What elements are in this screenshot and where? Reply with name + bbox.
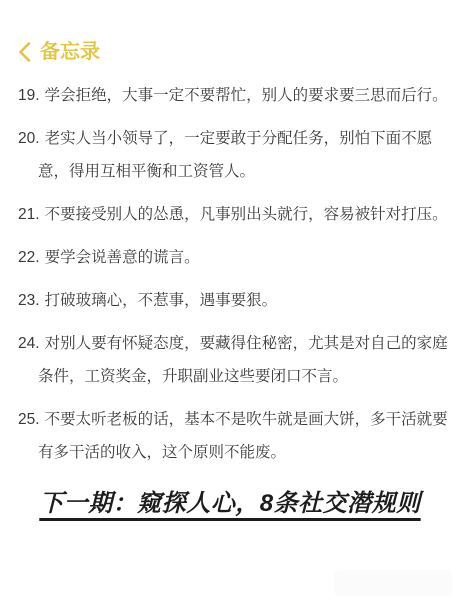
item-number: 24. bbox=[18, 335, 40, 352]
memo-item: 19.学会拒绝，大事一定不要帮忙，别人的要求要三思而后行。 bbox=[18, 79, 452, 112]
item-number: 22. bbox=[18, 249, 40, 266]
memo-item: 21.不要接受别人的怂恿，凡事别出头就行，容易被针对打压。 bbox=[18, 198, 452, 231]
item-text: 不要太听老板的话，基本不是吹牛就是画大饼，多干活就要有多干活的收入，这个原则不能… bbox=[38, 411, 448, 461]
back-button[interactable]: 备忘录 bbox=[18, 40, 100, 64]
item-number: 21. bbox=[18, 206, 40, 223]
next-episode-text: 下一期：窥探人心，8条社交潜规则 bbox=[39, 490, 420, 517]
item-number: 23. bbox=[18, 292, 40, 309]
memo-header: 备忘录 bbox=[0, 0, 460, 67]
memo-item: 25.不要太听老板的话，基本不是吹牛就是画大饼，多干活就要有多干活的收入，这个原… bbox=[18, 403, 452, 469]
item-text: 打破玻璃心，不惹事，遇事要狠。 bbox=[45, 292, 278, 309]
item-number: 19. bbox=[18, 87, 40, 104]
memo-item: 24.对别人要有怀疑态度，要藏得住秘密，尤其是对自己的家庭条件，工资奖金，升职副… bbox=[18, 327, 452, 393]
item-text: 老实人当小领导了，一定要敢于分配任务，别怕下面不愿意，得用互相平衡和工资管人。 bbox=[38, 130, 432, 180]
memo-item: 23.打破玻璃心，不惹事，遇事要狠。 bbox=[18, 284, 452, 317]
item-number: 25. bbox=[18, 411, 40, 428]
item-text: 对别人要有怀疑态度，要藏得住秘密，尤其是对自己的家庭条件，工资奖金，升职副业这些… bbox=[38, 335, 448, 385]
item-number: 20. bbox=[18, 130, 40, 147]
next-episode-heading: 下一期：窥探人心，8条社交潜规则 bbox=[0, 487, 460, 521]
memo-page: 备忘录 19.学会拒绝，大事一定不要帮忙，别人的要求要三思而后行。 20.老实人… bbox=[0, 0, 460, 600]
memo-item: 22.要学会说善意的谎言。 bbox=[18, 241, 452, 274]
back-chevron-icon bbox=[18, 42, 31, 62]
page-title: 备忘录 bbox=[40, 40, 100, 64]
memo-list: 19.学会拒绝，大事一定不要帮忙，别人的要求要三思而后行。 20.老实人当小领导… bbox=[0, 79, 460, 469]
watermark bbox=[334, 570, 452, 596]
item-text: 不要接受别人的怂恿，凡事别出头就行，容易被针对打压。 bbox=[45, 206, 448, 223]
item-text: 要学会说善意的谎言。 bbox=[45, 249, 200, 266]
item-text: 学会拒绝，大事一定不要帮忙，别人的要求要三思而后行。 bbox=[45, 87, 448, 104]
memo-item: 20.老实人当小领导了，一定要敢于分配任务，别怕下面不愿意，得用互相平衡和工资管… bbox=[18, 122, 452, 188]
